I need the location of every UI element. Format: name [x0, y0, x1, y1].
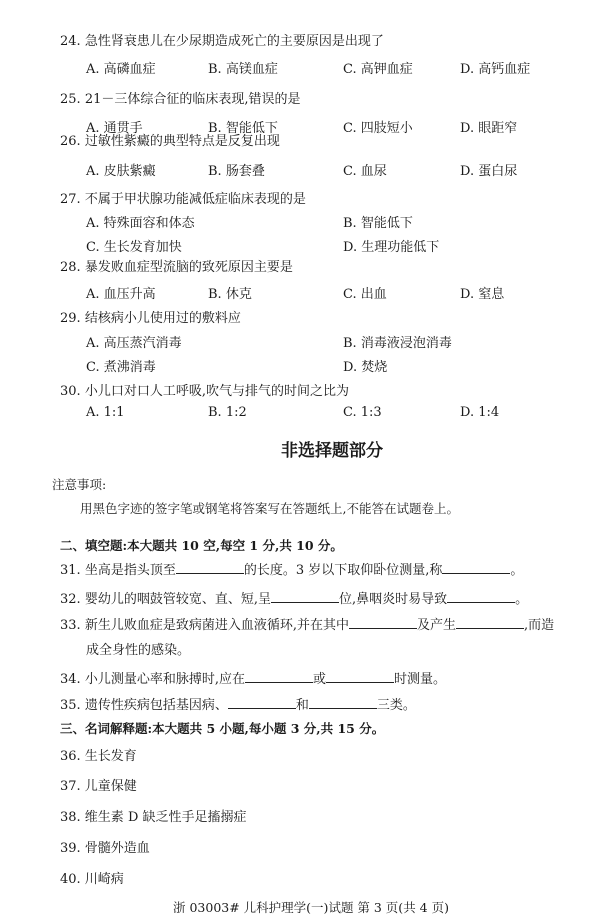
answer-blank: [456, 616, 524, 629]
question-stem: 小儿口对口人工呼吸,吹气与排气的时间之比为: [85, 384, 349, 399]
option-a: A. 特殊面容和体态: [86, 212, 195, 231]
answer-blank: [326, 670, 394, 683]
question-25: 25. 21－三体综合征的临床表现,错误的是: [60, 88, 301, 107]
question-number: 34.: [60, 672, 81, 687]
option-a: A. 高磷血症: [86, 58, 156, 77]
question-text: 遗传性疾病包括基因病、: [85, 698, 228, 713]
question-text: 婴幼儿的咽鼓管较宽、直、短,呈: [85, 592, 271, 607]
notice-title: 注意事项:: [52, 475, 106, 493]
part-heading: 非选择题部分: [281, 436, 383, 461]
option-c: C. 煮沸消毒: [86, 356, 156, 375]
question-33: 33. 新生儿败血症是致病菌进入血液循环,并在其中及产生,而造: [60, 614, 554, 633]
answer-blank: [271, 590, 339, 603]
question-text: 三类。: [377, 698, 416, 713]
answer-blank: [447, 590, 515, 603]
option-b: B. 1:2: [208, 405, 247, 420]
term-item: 39. 骨髓外造血: [60, 837, 150, 856]
question-stem: 21－三体综合征的临床表现,错误的是: [85, 92, 301, 107]
question-stem: 过敏性紫癜的典型特点是反复出现: [85, 134, 280, 149]
term-item: 40. 川崎病: [60, 868, 124, 887]
option-a: A. 皮肤紫癜: [86, 160, 156, 179]
question-24: 24. 急性肾衰患儿在少尿期造成死亡的主要原因是出现了: [60, 30, 384, 49]
question-text: 坐高是指头顶至: [85, 563, 176, 578]
question-text: 小儿测量心率和脉搏时,应在: [85, 672, 245, 687]
answer-blank: [228, 696, 296, 709]
option-d: D. 1:4: [460, 405, 499, 420]
option-c: C. 高钾血症: [343, 58, 413, 77]
question-number: 26.: [60, 134, 81, 149]
question-stem: 结核病小儿使用过的敷料应: [85, 311, 241, 326]
question-26: 26. 过敏性紫癜的典型特点是反复出现: [60, 130, 280, 149]
answer-blank: [245, 670, 313, 683]
question-stem: 暴发败血症型流脑的致死原因主要是: [85, 260, 293, 275]
question-text: 时测量。: [394, 672, 446, 687]
answer-blank: [176, 561, 244, 574]
question-text: 。: [515, 592, 528, 607]
option-b: B. 高镁血症: [208, 58, 278, 77]
question-text: 的长度。3 岁以下取仰卧位测量,称: [244, 563, 443, 578]
question-text: 位,鼻咽炎时易导致: [339, 592, 447, 607]
question-number: 24.: [60, 34, 81, 49]
option-b: B. 消毒液浸泡消毒: [343, 332, 452, 351]
question-number: 28.: [60, 260, 81, 275]
option-c: C. 出血: [343, 283, 387, 302]
option-b: B. 肠套叠: [208, 160, 265, 179]
question-32: 32. 婴幼儿的咽鼓管较宽、直、短,呈位,鼻咽炎时易导致。: [60, 588, 528, 607]
option-a: A. 血压升高: [86, 283, 156, 302]
question-stem: 不属于甲状腺功能减低症临床表现的是: [85, 192, 306, 207]
question-number: 33.: [60, 618, 81, 633]
option-c: C. 血尿: [343, 160, 387, 179]
option-c: C. 生长发育加快: [86, 236, 182, 255]
question-number: 35.: [60, 698, 81, 713]
question-34: 34. 小儿测量心率和脉搏时,应在或时测量。: [60, 668, 446, 687]
option-c: C. 四肢短小: [343, 117, 413, 136]
answer-blank: [349, 616, 417, 629]
option-b: B. 休克: [208, 283, 252, 302]
question-number: 32.: [60, 592, 81, 607]
answer-blank: [309, 696, 377, 709]
question-number: 27.: [60, 192, 81, 207]
question-text: 新生儿败血症是致病菌进入血液循环,并在其中: [85, 618, 349, 633]
section-3-title: 三、名词解释题:本大题共 5 小题,每小题 3 分,共 15 分。: [60, 719, 384, 737]
option-d: D. 焚烧: [343, 356, 387, 375]
option-a: A. 1:1: [86, 405, 125, 420]
section-2-title: 二、填空题:本大题共 10 空,每空 1 分,共 10 分。: [60, 536, 343, 554]
term-item: 36. 生长发育: [60, 745, 137, 764]
option-d: D. 蛋白尿: [460, 160, 517, 179]
question-31: 31. 坐高是指头顶至的长度。3 岁以下取仰卧位测量,称。: [60, 559, 523, 578]
question-stem: 急性肾衰患儿在少尿期造成死亡的主要原因是出现了: [85, 34, 384, 49]
term-item: 38. 维生素 D 缺乏性手足搐搦症: [60, 806, 247, 825]
question-number: 25.: [60, 92, 81, 107]
question-35: 35. 遗传性疾病包括基因病、和三类。: [60, 694, 416, 713]
question-number: 29.: [60, 311, 81, 326]
question-27: 27. 不属于甲状腺功能减低症临床表现的是: [60, 188, 306, 207]
question-28: 28. 暴发败血症型流脑的致死原因主要是: [60, 256, 293, 275]
question-number: 31.: [60, 563, 81, 578]
notice-text: 用黑色字迹的签字笔或钢笔将答案写在答题纸上,不能答在试题卷上。: [80, 499, 459, 517]
question-text: 及产生: [417, 618, 456, 633]
question-33-continued: 成全身性的感染。: [86, 639, 190, 658]
option-d: D. 生理功能低下: [343, 236, 439, 255]
question-30: 30. 小儿口对口人工呼吸,吹气与排气的时间之比为: [60, 380, 349, 399]
question-text: 。: [510, 563, 523, 578]
option-c: C. 1:3: [343, 405, 382, 420]
question-text: 和: [296, 698, 309, 713]
option-d: D. 高钙血症: [460, 58, 530, 77]
question-number: 30.: [60, 384, 81, 399]
option-b: B. 智能低下: [343, 212, 413, 231]
question-29: 29. 结核病小儿使用过的敷料应: [60, 307, 241, 326]
answer-blank: [442, 561, 510, 574]
question-text: 或: [313, 672, 326, 687]
option-d: D. 眼距窄: [460, 117, 517, 136]
term-item: 37. 儿童保健: [60, 775, 137, 794]
option-a: A. 高压蒸汽消毒: [86, 332, 182, 351]
page-footer: 浙 03003# 儿科护理学(一)试题 第 3 页(共 4 页): [173, 898, 449, 916]
question-text: ,而造: [524, 618, 554, 633]
option-d: D. 窒息: [460, 283, 504, 302]
